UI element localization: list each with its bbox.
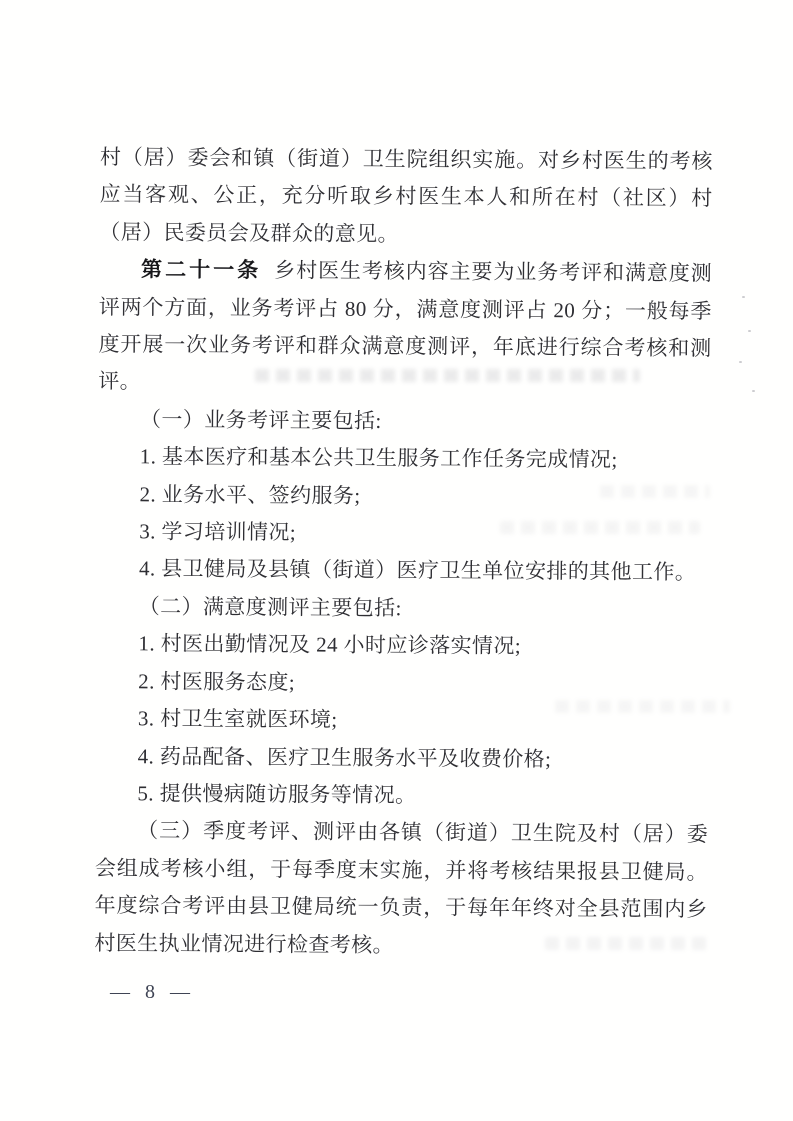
list-item: 4. 县卫健局及县镇（街道）医疗卫生单位安排的其他工作。: [97, 550, 710, 592]
paragraph-quarterly-review: （三）季度考评、测评由各镇（街道）卫生院及村（居）委会组成考核小组，于每季度末实…: [94, 812, 708, 966]
document-page: 村（居）委会和镇（街道）卫生院组织实施。对乡村医生的考核应当客观、公正，充分听取…: [0, 0, 793, 1121]
scan-artifact: [742, 296, 745, 298]
list-item: 3. 学习培训情况;: [97, 513, 710, 555]
list-item: 5. 提供慢病随访服务等情况。: [95, 775, 708, 817]
list-item: 1. 基本医疗和基本公共卫生服务工作任务完成情况;: [98, 438, 711, 480]
list-item: 2. 业务水平、签约服务;: [97, 476, 710, 518]
paragraph-article-21: 第二十一条乡村医生考核内容主要为业务考评和满意度测评两个方面，业务考评占 80 …: [98, 251, 712, 405]
scan-artifact: [748, 330, 751, 332]
list-heading-satisfaction-survey: （二）满意度测评主要包括:: [97, 588, 710, 630]
article-number-label: 第二十一条: [141, 259, 261, 283]
list-item: 3. 村卫生室就医环境;: [96, 700, 709, 742]
list-heading-business-review: （一）业务考评主要包括:: [98, 401, 711, 443]
paragraph-continuation: 村（居）委会和镇（街道）卫生院组织实施。对乡村医生的考核应当客观、公正，充分听取…: [99, 139, 713, 255]
document-body: 村（居）委会和镇（街道）卫生院组织实施。对乡村医生的考核应当客观、公正，充分听取…: [94, 139, 713, 966]
page-number: — 8 —: [110, 981, 191, 1004]
list-item: 1. 村医出勤情况及 24 小时应诊落实情况;: [96, 625, 709, 667]
scan-artifact: [752, 390, 755, 392]
list-item: 4. 药品配备、医疗卫生服务水平及收费价格;: [96, 737, 709, 779]
list-item: 2. 村医服务态度;: [96, 663, 709, 705]
scan-artifact: [739, 361, 742, 363]
